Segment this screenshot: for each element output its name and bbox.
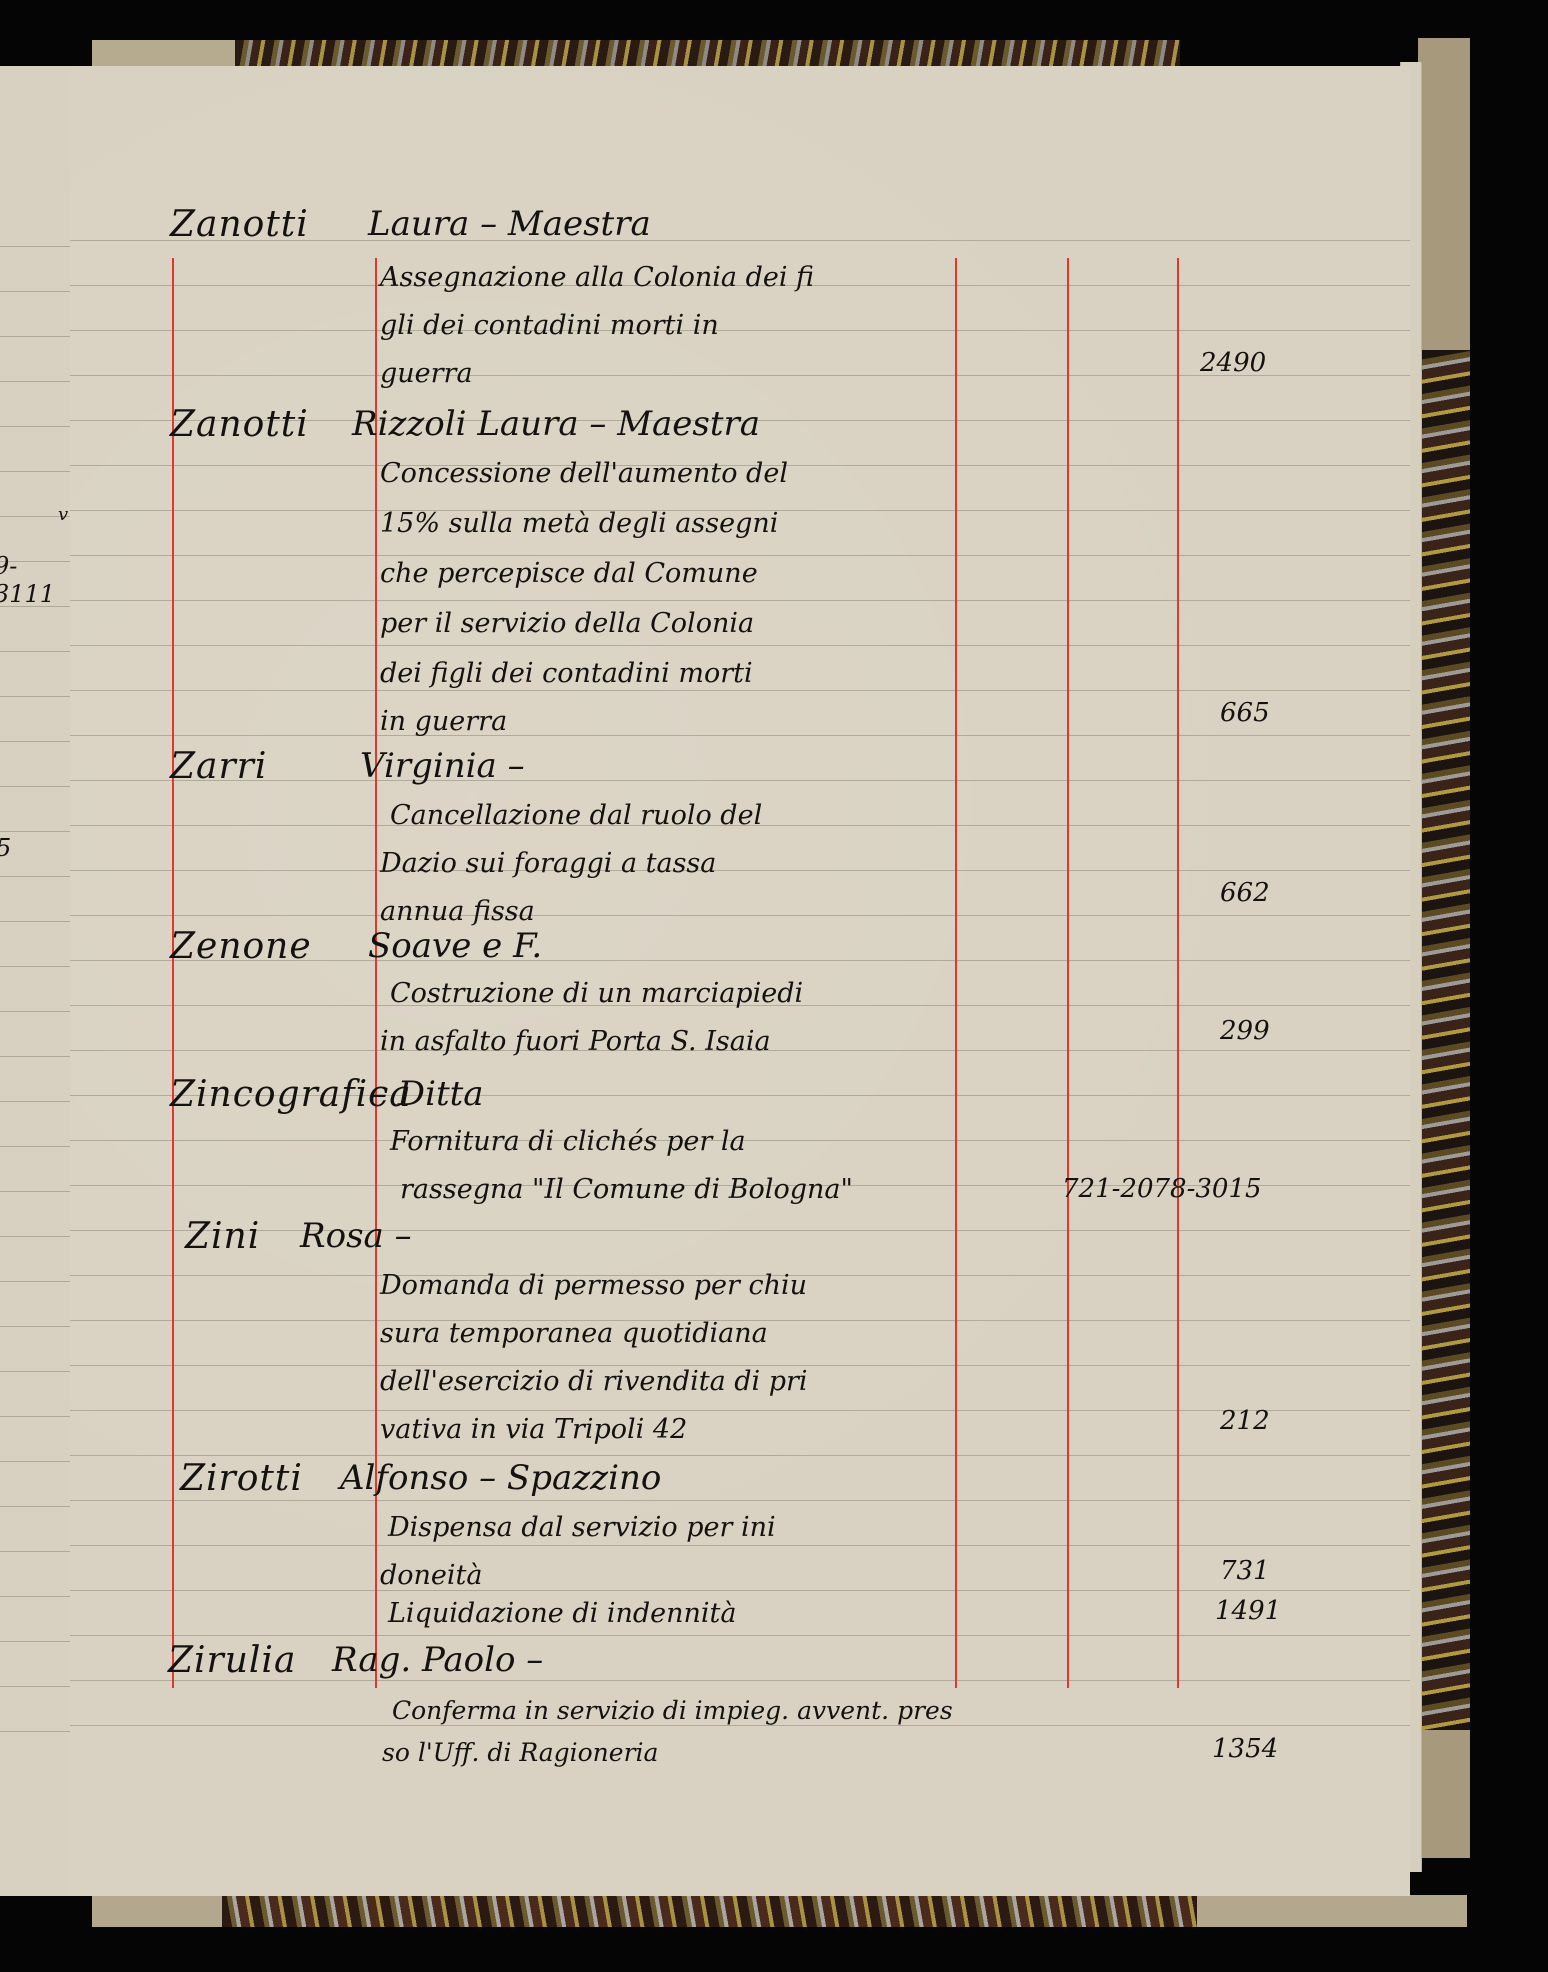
ruled-line xyxy=(0,831,70,832)
left-page: 9-3111 5 v xyxy=(0,66,72,1896)
ruled-line xyxy=(0,966,70,967)
red-column-rule xyxy=(955,258,957,1688)
red-column-rule xyxy=(1177,258,1179,1688)
entry-given-name: Rosa – xyxy=(300,1216,412,1256)
entry-reference-number: 299 xyxy=(1220,1016,1270,1046)
entry-given-name: – Ditta xyxy=(370,1074,484,1114)
ruled-line xyxy=(0,921,70,922)
entry-description-line: so l'Uff. di Ragioneria xyxy=(382,1738,658,1767)
ruled-line xyxy=(70,1590,1410,1591)
entry-surname: Zarri xyxy=(170,746,267,787)
entry-given-name: Laura – Maestra xyxy=(368,204,651,244)
ruled-line xyxy=(0,1551,70,1552)
ruled-line xyxy=(0,1236,70,1237)
margin-note: 9-3111 xyxy=(0,552,70,608)
entry-description-line: guerra xyxy=(380,358,473,389)
ruled-line xyxy=(0,1641,70,1642)
entry-description-line: Concessione dell'aumento del xyxy=(380,458,788,489)
ruled-line xyxy=(70,330,1410,331)
entry-description-line: Costruzione di un marciapiedi xyxy=(390,978,803,1009)
entry-surname: Zanotti xyxy=(170,404,309,445)
entry-description-line: dell'esercizio di rivendita di pri xyxy=(380,1366,808,1397)
marbled-cover-top xyxy=(235,40,1180,68)
entry-description-line: Dispensa dal servizio per ini xyxy=(388,1512,776,1543)
book-cover-bottom-left xyxy=(92,1895,222,1927)
ruled-line xyxy=(0,786,70,787)
ruled-line xyxy=(70,600,1410,601)
ruled-line xyxy=(0,876,70,877)
ruled-line xyxy=(70,870,1410,871)
entry-description-line: doneità xyxy=(380,1560,483,1591)
entry-description-line: vativa in via Tripoli 42 xyxy=(380,1414,687,1445)
entry-description-line: che percepisce dal Comune xyxy=(380,558,758,589)
ruled-line xyxy=(70,1635,1410,1636)
ruled-line xyxy=(0,426,70,427)
entry-given-name: Rag. Paolo – xyxy=(332,1640,543,1680)
entry-description-line: gli dei contadini morti in xyxy=(380,310,719,341)
ruled-line xyxy=(0,291,70,292)
entry-description-line: Conferma in servizio di impieg. avvent. … xyxy=(392,1696,953,1725)
ruled-line xyxy=(0,651,70,652)
ruled-line xyxy=(70,1230,1410,1231)
margin-note: 5 xyxy=(0,834,11,862)
ruled-line xyxy=(0,381,70,382)
book-cover-top-left xyxy=(92,40,235,68)
ruled-line xyxy=(0,1191,70,1192)
ruled-line xyxy=(70,1545,1410,1546)
ruled-line xyxy=(0,336,70,337)
ruled-line xyxy=(0,1731,70,1732)
entry-reference-number: 662 xyxy=(1220,878,1270,908)
ruled-line xyxy=(0,1281,70,1282)
ruled-line xyxy=(0,1596,70,1597)
ruled-line xyxy=(0,1056,70,1057)
ruled-line xyxy=(0,696,70,697)
ruled-line xyxy=(0,471,70,472)
entry-description-line: Liquidazione di indennità xyxy=(388,1598,736,1629)
ruled-line xyxy=(0,1146,70,1147)
entry-given-name: Soave e F. xyxy=(368,926,542,966)
ruled-line xyxy=(70,690,1410,691)
entry-description-line: 15% sulla metà degli assegni xyxy=(380,508,778,539)
red-column-rule xyxy=(1067,258,1069,1688)
ruled-line xyxy=(0,1011,70,1012)
entry-reference-number: 1491 xyxy=(1215,1596,1281,1626)
ruled-line xyxy=(0,741,70,742)
entry-given-name: Alfonso – Spazzino xyxy=(340,1458,661,1498)
ruled-line xyxy=(0,1686,70,1687)
entry-description-line: dei figli dei contadini morti xyxy=(380,658,753,689)
ruled-line xyxy=(0,1416,70,1417)
register-page: Zanotti Laura – Maestra Assegnazione all… xyxy=(70,66,1410,1896)
entry-reference-number: 2490 xyxy=(1200,348,1266,378)
entry-reference-number: 665 xyxy=(1220,698,1270,728)
entry-given-name: Virginia – xyxy=(360,746,525,786)
entry-description-line: annua fissa xyxy=(380,896,535,927)
entry-description-line: Dazio sui foraggi a tassa xyxy=(380,848,716,879)
entry-surname: Zenone xyxy=(170,926,312,967)
ruled-line xyxy=(70,780,1410,781)
entry-surname: Zanotti xyxy=(170,204,309,245)
ruled-line xyxy=(0,1101,70,1102)
ruled-line xyxy=(70,555,1410,556)
ruled-line xyxy=(0,246,70,247)
entry-reference-number: 731 xyxy=(1220,1556,1270,1586)
ruled-line xyxy=(70,1455,1410,1456)
ruled-line xyxy=(0,1461,70,1462)
ruled-line xyxy=(70,645,1410,646)
entry-description-line: Fornitura di clichés per la xyxy=(390,1126,746,1157)
entry-given-name: Rizzoli Laura – Maestra xyxy=(352,404,760,444)
ruled-line xyxy=(0,1326,70,1327)
entry-reference-number: 212 xyxy=(1220,1406,1270,1436)
entry-description-line: per il servizio della Colonia xyxy=(380,608,754,639)
entry-reference-number: 1354 xyxy=(1212,1734,1278,1764)
ruled-line xyxy=(70,735,1410,736)
entry-description-line: rassegna "Il Comune di Bologna" xyxy=(400,1174,853,1205)
entry-description-line: sura temporanea quotidiana xyxy=(380,1318,768,1349)
entry-description-line: in guerra xyxy=(380,706,507,737)
entry-description-line: Assegnazione alla Colonia dei fi xyxy=(380,262,814,293)
entry-description-line: in asfalto fuori Porta S. Isaia xyxy=(380,1026,771,1057)
ruled-line xyxy=(70,1500,1410,1501)
entry-description-line: Cancellazione dal ruolo del xyxy=(390,800,762,831)
entry-description-line: Domanda di permesso per chiu xyxy=(380,1270,807,1301)
ruled-line xyxy=(70,1410,1410,1411)
ruled-line xyxy=(0,1371,70,1372)
ruled-line xyxy=(70,1725,1410,1726)
entry-reference-number: 721-2078-3015 xyxy=(1062,1174,1262,1204)
book-cover-bottom-right xyxy=(1197,1895,1467,1927)
ruled-line xyxy=(0,1506,70,1507)
marbled-cover-right xyxy=(1418,350,1470,1730)
entry-surname: Zini xyxy=(185,1216,260,1257)
red-column-rule xyxy=(172,258,174,1688)
entry-surname: Zirotti xyxy=(180,1458,303,1499)
ruled-line xyxy=(70,915,1410,916)
check-mark: v xyxy=(58,504,68,525)
marbled-cover-bottom xyxy=(222,1895,1197,1927)
entry-surname: Zirulia xyxy=(168,1640,296,1681)
